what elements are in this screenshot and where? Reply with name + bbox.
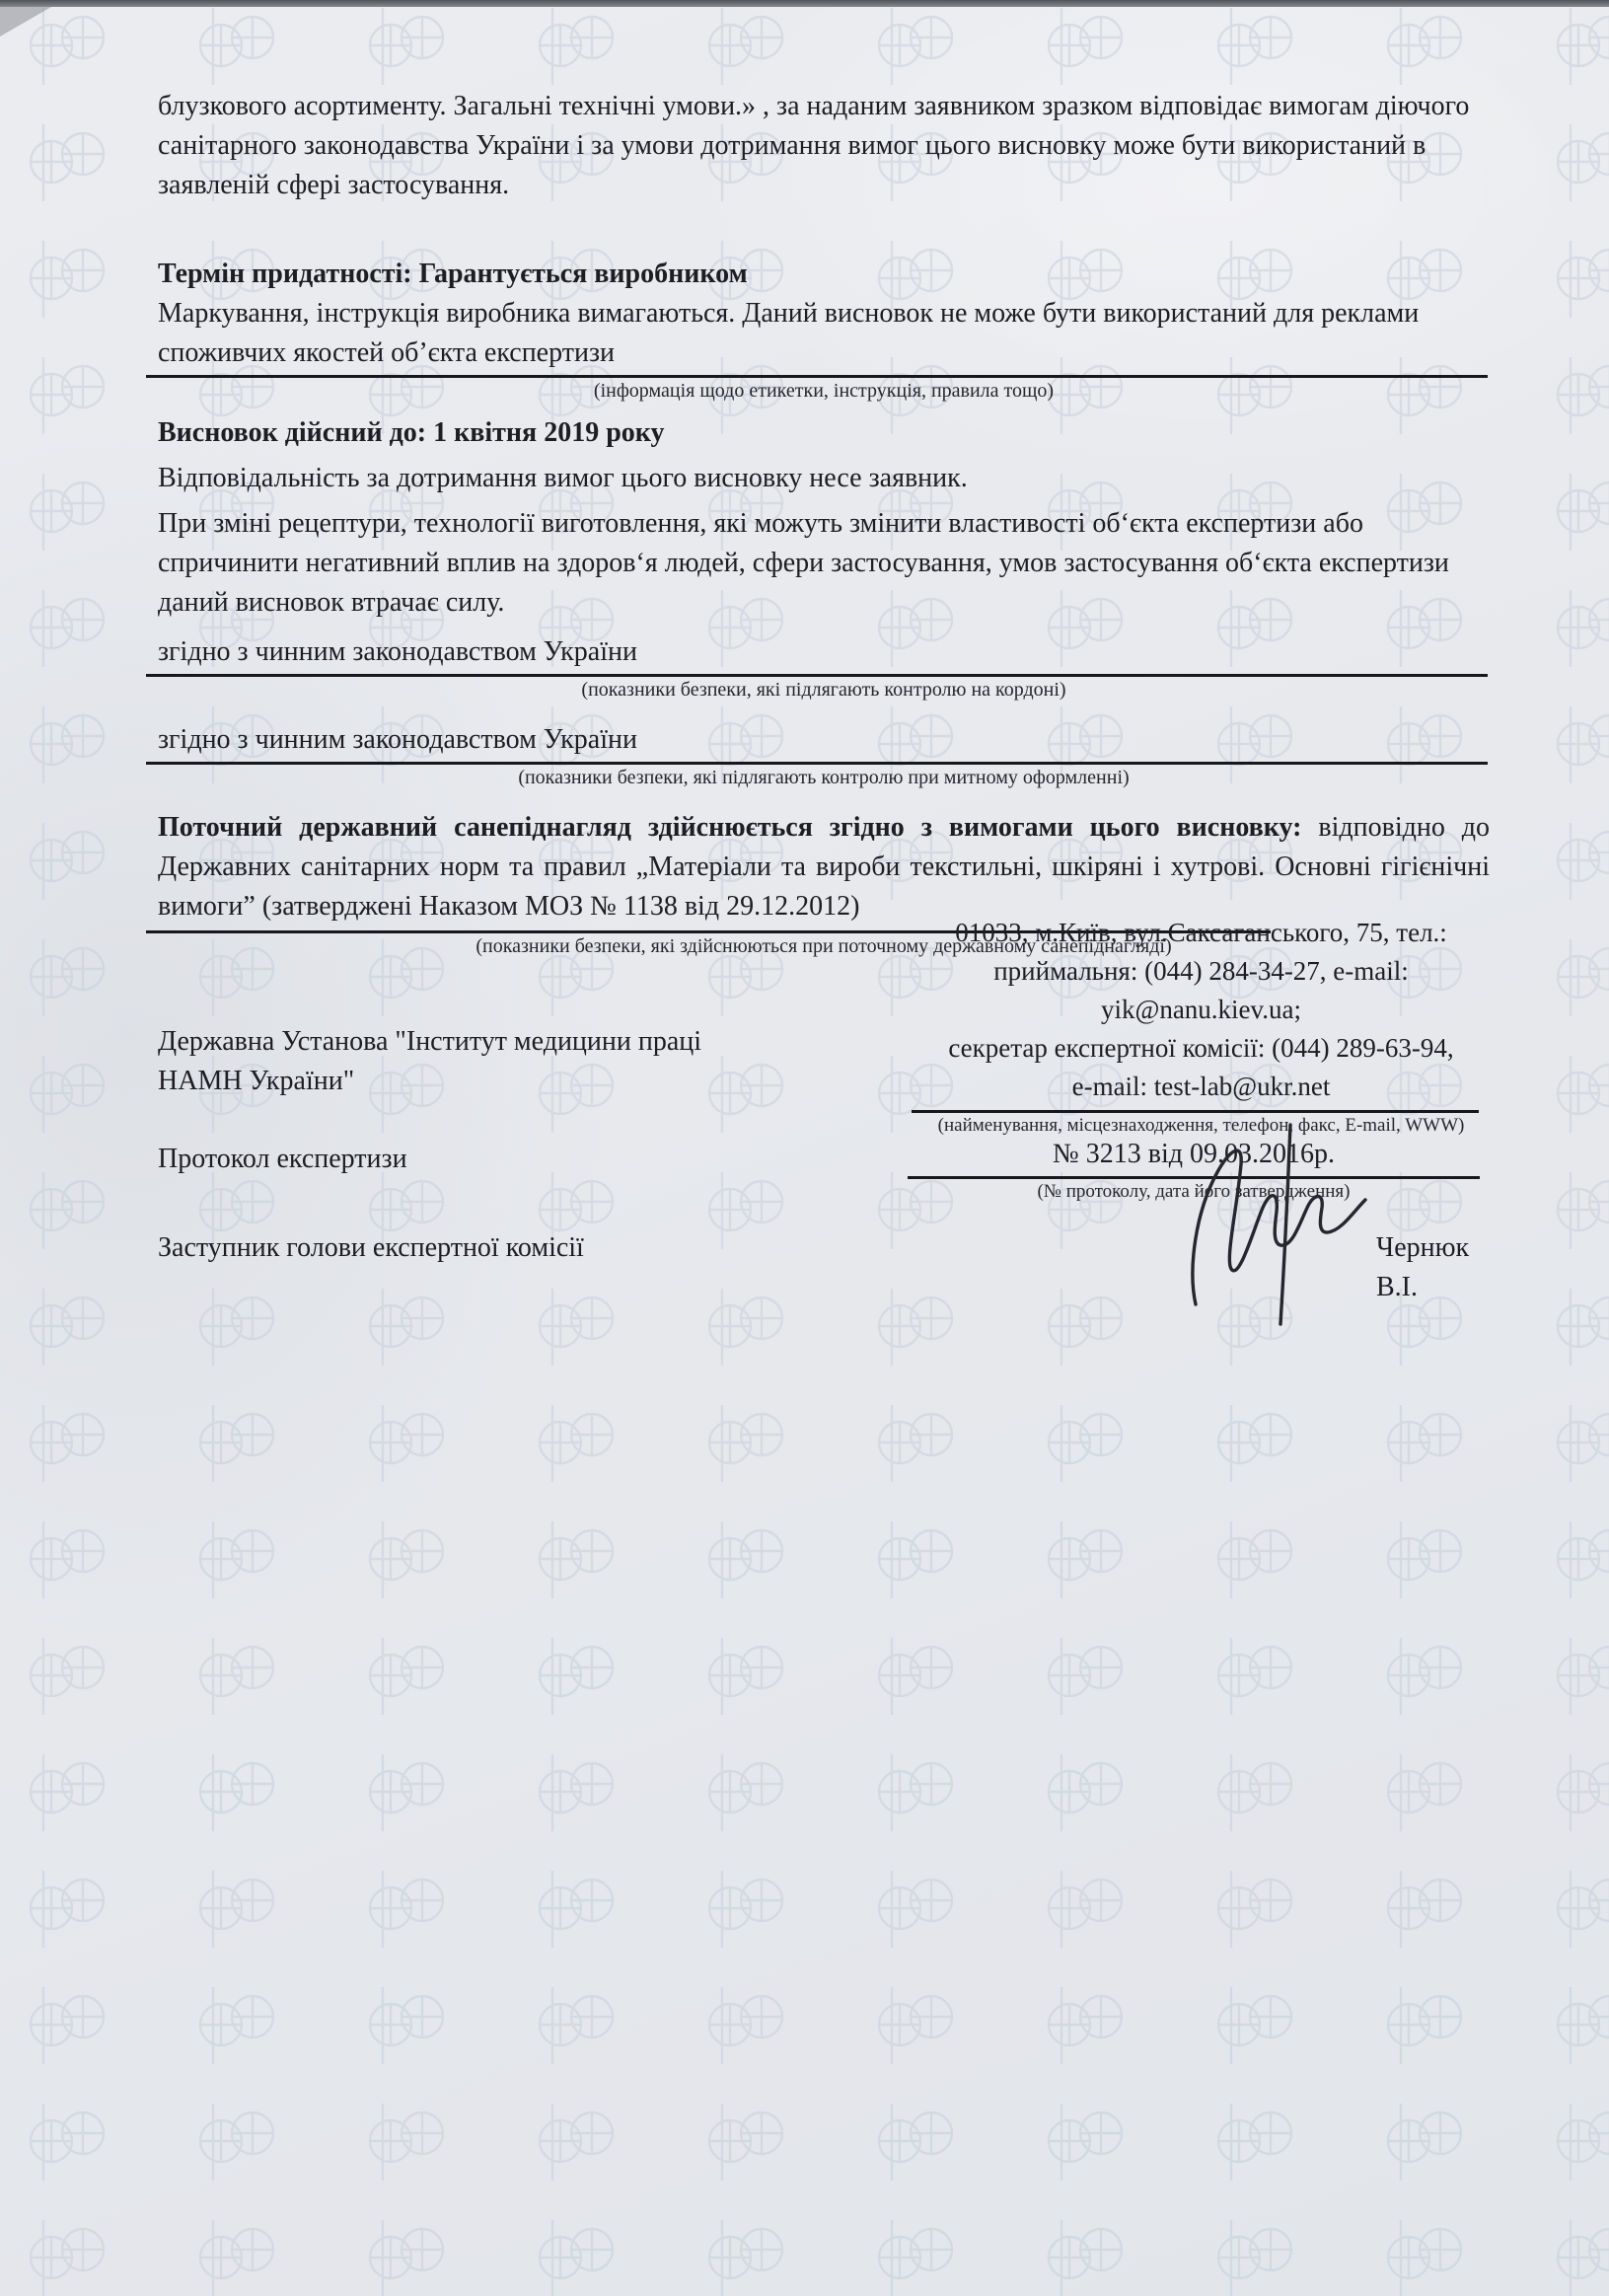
shelf-life-heading: Термін придатності: Гарантується виробни… (158, 255, 1490, 294)
change-clause-text: При зміні рецептури, технології виготовл… (158, 504, 1490, 623)
surveillance-lead: Поточний державний санепіднагляд здійсню… (158, 812, 1301, 843)
issuer-contacts: 01033, м.Київ, вул.Саксаганського, 75, т… (917, 914, 1485, 1106)
corner-fold (0, 7, 51, 37)
border-control-value: згідно з чинним законодавством України (158, 632, 1490, 672)
marking-text: Маркування, інструкція виробника вимагаю… (158, 294, 1490, 373)
customs-value: згідно з чинним законодавством України (158, 720, 1490, 760)
border-control-field: згідно з чинним законодавством України (… (158, 632, 1490, 703)
responsibility-text: Відповідальність за дотримання вимог цьо… (158, 459, 1490, 498)
protocol-label: Протокол експертизи (158, 1140, 407, 1179)
intro-paragraph: блузкового асортименту. Загальні технічн… (158, 87, 1490, 205)
customs-caption: (показники безпеки, які підлягають контр… (158, 765, 1490, 790)
border-control-caption: (показники безпеки, які підлягають контр… (158, 677, 1490, 703)
marking-field: Маркування, інструкція виробника вимагаю… (158, 294, 1490, 404)
document-body: блузкового асортименту. Загальні технічн… (158, 87, 1490, 2248)
deputy-head-label: Заступник голови експертної комісії (158, 1228, 584, 1268)
signer-name: Чернюк В.І. (1376, 1228, 1490, 1307)
scan-top-edge (0, 0, 1609, 7)
valid-until-heading: Висновок дійсний до: 1 квітня 2019 року (158, 413, 1490, 453)
issuer-contacts-field: 01033, м.Київ, вул.Саксаганського, 75, т… (917, 914, 1485, 1139)
surveillance-text: Поточний державний санепіднагляд здійсню… (158, 808, 1490, 926)
issuer-institution: Державна Установа "Інститут медицини пра… (158, 1022, 710, 1101)
scanned-document-page: блузкового асортименту. Загальні технічн… (0, 0, 1609, 2296)
marking-caption: (інформація щодо етикетки, інструкція, п… (158, 378, 1490, 404)
customs-field: згідно з чинним законодавством України (… (158, 720, 1490, 790)
handwritten-signature-icon (1174, 1121, 1371, 1328)
